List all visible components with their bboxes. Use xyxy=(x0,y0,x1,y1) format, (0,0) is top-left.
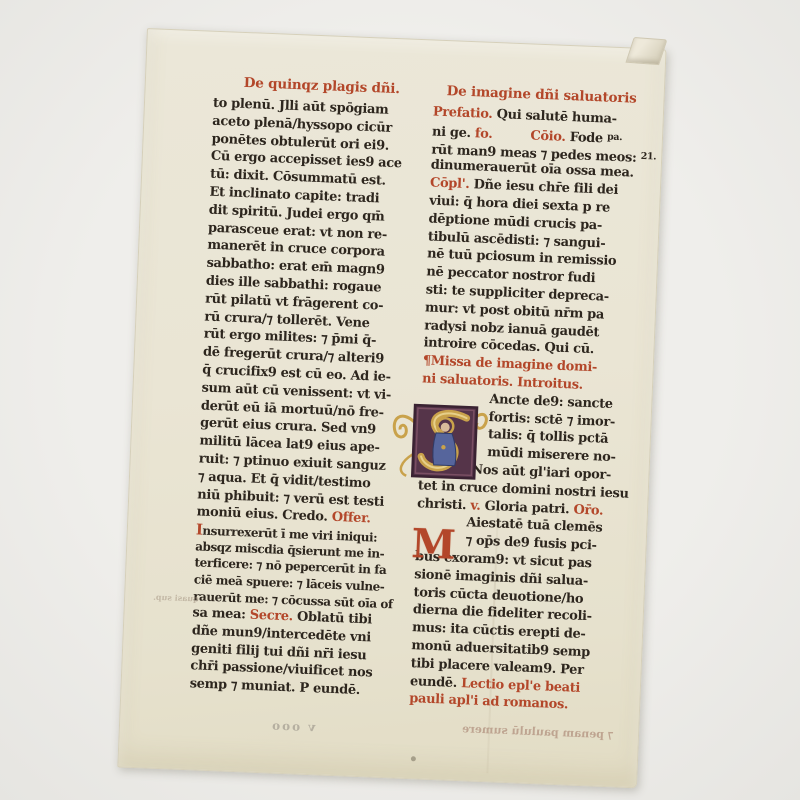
rubric-segment: fo. xyxy=(475,126,493,142)
rubric-segment: Cōio. xyxy=(530,128,570,145)
text-segment: ni ge. xyxy=(432,124,475,141)
text-segment: Ancte de9: sancte xyxy=(489,392,613,412)
show-through-marginalia: quasi sup. xyxy=(153,592,199,604)
show-through-signature: v ooo xyxy=(270,719,316,735)
column-left-lines: to plenū. Jlli aūt spōgiamaceto plenā/hy… xyxy=(189,95,429,702)
rubric-segment: v. xyxy=(470,498,485,514)
text-segment: Oblatū tibi xyxy=(297,610,372,628)
rubric-segment: Or̄o. xyxy=(573,502,603,518)
text-segment: pa. xyxy=(607,131,622,143)
rubric-segment: Cōpl'. xyxy=(430,176,474,193)
text-segment: 21. xyxy=(640,151,656,163)
column-right: De imagine dñi saluatoris M xyxy=(409,83,650,717)
text-segment: sa mea: xyxy=(192,605,250,622)
rubric-segment: Secre. xyxy=(249,608,297,625)
text-segment: Gloria patri. xyxy=(484,498,573,517)
column-left: De quinqz plagis dñi. to plenū. Jlli aūt… xyxy=(189,74,430,708)
column-right-lines: M xyxy=(409,104,649,717)
text-segment: Fode xyxy=(569,130,607,146)
show-through-text: ⁊ penam paululū sumere xyxy=(462,722,614,741)
rubric-segment: Prefatio. xyxy=(433,105,497,123)
stain-speck xyxy=(411,756,416,761)
manuscript-leaf: De quinqz plagis dñi. to plenū. Jlli aūt… xyxy=(117,28,666,788)
gold-flourish-left xyxy=(394,416,415,438)
text-segment: christi. xyxy=(417,496,471,513)
text-block: De quinqz plagis dñi. to plenū. Jlli aūt… xyxy=(189,74,650,717)
text-segment: eundē. xyxy=(410,674,462,691)
illuminated-initial-artwork xyxy=(386,401,491,483)
illuminated-initial-S xyxy=(386,401,491,483)
folded-corner xyxy=(625,37,667,65)
lombard-initial-M: M xyxy=(411,527,457,563)
text-segment xyxy=(492,138,530,140)
figure-robe xyxy=(432,433,456,466)
rubric-segment: Offer. xyxy=(331,510,370,527)
